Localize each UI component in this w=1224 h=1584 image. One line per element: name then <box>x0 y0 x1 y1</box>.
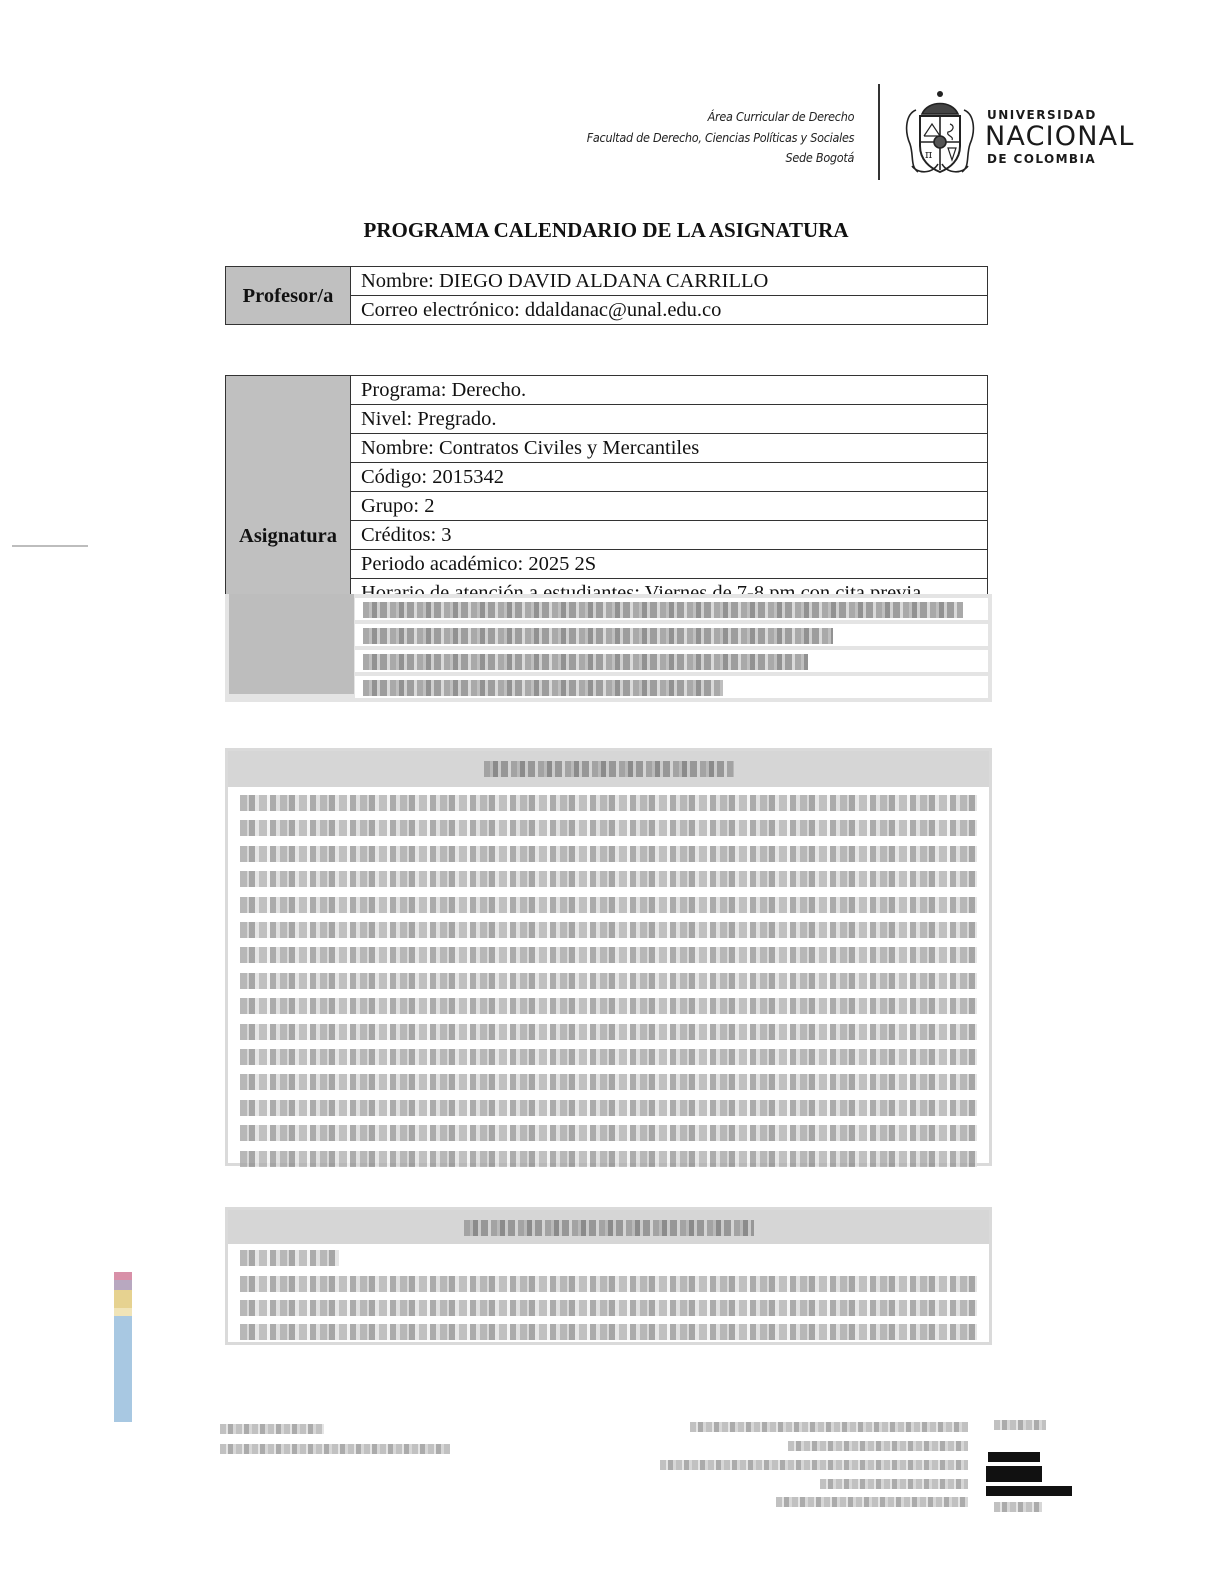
redacted-line <box>240 1100 977 1116</box>
redacted-line <box>240 1250 339 1266</box>
header-divider <box>878 84 880 180</box>
university-name-line3: DE COLOMBIA <box>987 152 1096 166</box>
margin-rule <box>12 545 88 547</box>
redacted-line <box>240 1049 977 1065</box>
course-table: Asignatura Programa: Derecho. Nivel: Pre… <box>225 375 988 608</box>
redacted-line <box>240 998 977 1014</box>
professor-table: Profesor/a Nombre: DIEGO DAVID ALDANA CA… <box>225 266 988 325</box>
redacted-line <box>240 1151 977 1167</box>
university-name-line2: NACIONAL <box>985 121 1135 152</box>
course-credits: Créditos: 3 <box>351 521 988 550</box>
redacted-line <box>240 1276 977 1292</box>
objectives-section-redacted <box>225 1207 992 1345</box>
professor-email: Correo electrónico: ddaldanac@unal.edu.c… <box>351 296 988 325</box>
redacted-line <box>240 947 977 963</box>
redacted-row <box>355 624 988 646</box>
color-calibration-strip <box>114 1272 132 1422</box>
header-line-area: Área Curricular de Derecho <box>587 107 854 128</box>
redacted-course-rows <box>225 594 992 702</box>
course-label: Asignatura <box>226 376 351 608</box>
professor-label: Profesor/a <box>226 267 351 325</box>
redacted-line <box>240 973 977 989</box>
university-coat-of-arms-icon: π <box>902 84 978 180</box>
page-title: PROGRAMA CALENDARIO DE LA ASIGNATURA <box>0 218 1212 243</box>
redacted-line <box>240 1024 977 1040</box>
header-line-faculty: Facultad de Derecho, Ciencias Políticas … <box>587 128 854 149</box>
header-line-campus: Sede Bogotá <box>587 148 854 169</box>
redacted-line <box>240 795 977 811</box>
professor-name: Nombre: DIEGO DAVID ALDANA CARRILLO <box>351 267 988 296</box>
redacted-row <box>355 598 988 620</box>
course-level: Nivel: Pregrado. <box>351 405 988 434</box>
redacted-line <box>240 820 977 836</box>
redacted-line <box>240 871 977 887</box>
redacted-line <box>240 1300 977 1316</box>
redacted-label-column <box>229 594 354 694</box>
course-period: Periodo académico: 2025 2S <box>351 550 988 579</box>
section-header-band <box>228 751 989 787</box>
redacted-line <box>240 1324 977 1340</box>
redacted-line <box>240 1125 977 1141</box>
course-code: Código: 2015342 <box>351 463 988 492</box>
redacted-line <box>240 897 977 913</box>
course-program: Programa: Derecho. <box>351 376 988 405</box>
course-group: Grupo: 2 <box>351 492 988 521</box>
redacted-line <box>240 846 977 862</box>
description-section-redacted <box>225 748 992 1166</box>
redacted-row <box>355 676 988 698</box>
university-name-line1: UNIVERSIDAD <box>987 108 1097 122</box>
faculty-header: Área Curricular de Derecho Facultad de D… <box>587 107 854 169</box>
course-name: Nombre: Contratos Civiles y Mercantiles <box>351 434 988 463</box>
redacted-line <box>240 1074 977 1090</box>
redacted-line <box>240 922 977 938</box>
redacted-row <box>355 650 988 672</box>
svg-text:π: π <box>925 148 932 161</box>
section-header-band <box>228 1210 989 1244</box>
